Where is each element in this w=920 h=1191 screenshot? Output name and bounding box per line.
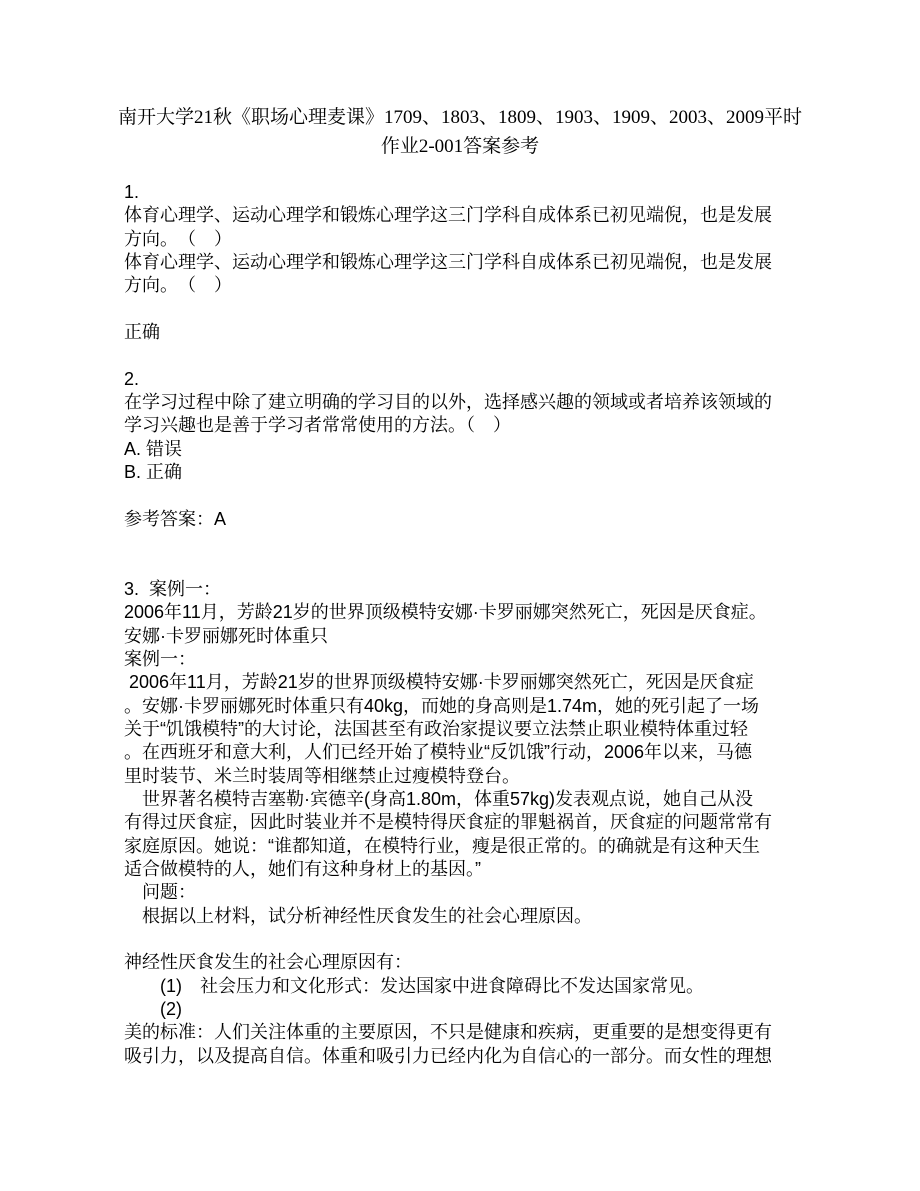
text-line [124, 928, 796, 951]
text-line: (2) [124, 998, 796, 1021]
text-line: 3. 案例一： [124, 578, 796, 601]
text-line: 吸引力，以及提高自信。体重和吸引力已经内化为自信心的一部分。而女性的理想 [124, 1045, 796, 1068]
question-2: 2.在学习过程中除了建立明确的学习目的以外，选择感兴趣的领域或者培养该领域的学习… [124, 368, 796, 578]
text-line: 2. [124, 368, 796, 391]
text-line: 1. [124, 181, 796, 204]
text-line: 美的标准：人们关注体重的主要原因，不只是健康和疾病，更重要的是想变得更有 [124, 1021, 796, 1044]
text-line: 正确 [124, 321, 796, 344]
text-line [124, 344, 796, 367]
question-3: 3. 案例一：2006年11月，芳龄21岁的世界顶级模特安娜·卡罗丽娜突然死亡，… [124, 578, 796, 952]
text-line: 。在西班牙和意大利，人们已经开始了模特业“反饥饿”行动，2006年以来，马德 [124, 741, 796, 764]
text-line: 学习兴趣也是善于学习者常常使用的方法。（ ） [124, 414, 796, 437]
text-line: 参考答案：A [124, 508, 796, 531]
text-line: 适合做模特的人，她们有这种身材上的基因。” [124, 858, 796, 881]
text-line: 2006年11月，芳龄21岁的世界顶级模特安娜·卡罗丽娜突然死亡，死因是厌食症 [124, 671, 796, 694]
text-line: 关于“饥饿模特”的大讨论，法国甚至有政治家提议要立法禁止职业模特体重过轻 [124, 718, 796, 741]
answer-3: 神经性厌食发生的社会心理原因有： (1) 社会压力和文化形式：发达国家中进食障碍… [124, 951, 796, 1068]
document-title-line-2: 作业2-001答案参考 [0, 132, 920, 161]
text-line: 安娜·卡罗丽娜死时体重只 [124, 625, 796, 648]
document-body: 1.体育心理学、运动心理学和锻炼心理学这三门学科自成体系已初见端倪，也是发展方向… [124, 181, 796, 1068]
text-line: 案例一： [124, 648, 796, 671]
text-line: 2006年11月，芳龄21岁的世界顶级模特安娜·卡罗丽娜突然死亡，死因是厌食症。 [124, 601, 796, 624]
text-line: A. 错误 [124, 438, 796, 461]
text-line: 神经性厌食发生的社会心理原因有： [124, 951, 796, 974]
document-page: 南开大学21秋《职场心理麦课》1709、1803、1809、1903、1909、… [0, 0, 920, 1191]
text-line: 体育心理学、运动心理学和锻炼心理学这三门学科自成体系已初见端倪，也是发展 [124, 251, 796, 274]
text-line [124, 555, 796, 578]
text-line: 。安娜·卡罗丽娜死时体重只有40kg，而她的身高则是1.74m，她的死引起了一场 [124, 695, 796, 718]
text-line: 世界著名模特吉塞勒·宾德辛(身高1.80m，体重57kg)发表观点说，她自己从没 [124, 788, 796, 811]
document-title-line-1: 南开大学21秋《职场心理麦课》1709、1803、1809、1903、1909、… [0, 103, 920, 132]
text-line: 方向。 （ ） [124, 274, 796, 297]
text-line: 方向。 （ ） [124, 228, 796, 251]
text-line: 问题： [124, 881, 796, 904]
text-line: 里时装节、米兰时装周等相继禁止过瘦模特登台。 [124, 765, 796, 788]
text-line: 在学习过程中除了建立明确的学习目的以外，选择感兴趣的领域或者培养该领域的 [124, 391, 796, 414]
text-line: (1) 社会压力和文化形式：发达国家中进食障碍比不发达国家常见。 [124, 975, 796, 998]
document-title: 南开大学21秋《职场心理麦课》1709、1803、1809、1903、1909、… [0, 103, 920, 161]
text-line: 根据以上材料，试分析神经性厌食发生的社会心理原因。 [124, 905, 796, 928]
text-line: B. 正确 [124, 461, 796, 484]
text-line: 家庭原因。她说：“谁都知道，在模特行业，瘦是很正常的。的确就是有这种天生 [124, 835, 796, 858]
text-line: 有得过厌食症，因此时装业并不是模特得厌食症的罪魁祸首，厌食症的问题常常有 [124, 811, 796, 834]
question-1: 1.体育心理学、运动心理学和锻炼心理学这三门学科自成体系已初见端倪，也是发展方向… [124, 181, 796, 368]
text-line: 体育心理学、运动心理学和锻炼心理学这三门学科自成体系已初见端倪，也是发展 [124, 204, 796, 227]
text-line [124, 531, 796, 554]
text-line [124, 484, 796, 507]
text-line [124, 298, 796, 321]
